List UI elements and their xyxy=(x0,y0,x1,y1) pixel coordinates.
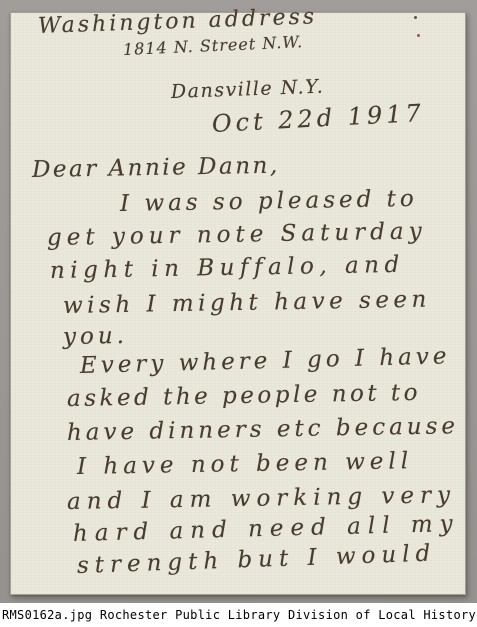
paper-speck xyxy=(414,16,417,19)
letter-line-body: get your note Saturday xyxy=(47,219,427,250)
letter-line-body: have dinners etc because xyxy=(67,414,459,445)
letter-line-body: wish I might have seen xyxy=(63,288,431,319)
letter-line-body: I have not been well xyxy=(77,449,414,479)
letter-line-body: strength but I would xyxy=(77,541,437,578)
letter-line-date: Oct 22d 1917 xyxy=(211,101,425,137)
caption-text: RMS0162a.jpg Rochester Public Library Di… xyxy=(0,603,477,627)
letter-line-place: Dansville N.Y. xyxy=(171,78,325,103)
caption-bar: RMS0162a.jpg Rochester Public Library Di… xyxy=(0,603,477,627)
caption-source: Rochester Public Library Division of Loc… xyxy=(100,608,476,622)
letter-line-body: Every where I go I have xyxy=(80,344,451,378)
letter-line-body: I was so pleased to xyxy=(120,187,418,216)
letter-line-body: night in Buffalo, and xyxy=(50,253,405,283)
letter-line-body: you. xyxy=(63,324,128,349)
letter-line-body: asked the people not to xyxy=(67,381,421,411)
caption-filename: RMS0162a.jpg xyxy=(2,608,92,622)
paper-speck xyxy=(417,34,420,37)
scanned-letter-viewer: Washington address 1814 N. Street N.W. D… xyxy=(0,0,477,627)
letter-line-body: and I am working very xyxy=(67,483,456,514)
letter-line-sender-address-2: 1814 N. Street N.W. xyxy=(123,34,304,59)
letter-line-salutation: Dear Annie Dann, xyxy=(32,154,280,182)
letter-page: Washington address 1814 N. Street N.W. D… xyxy=(10,12,466,595)
